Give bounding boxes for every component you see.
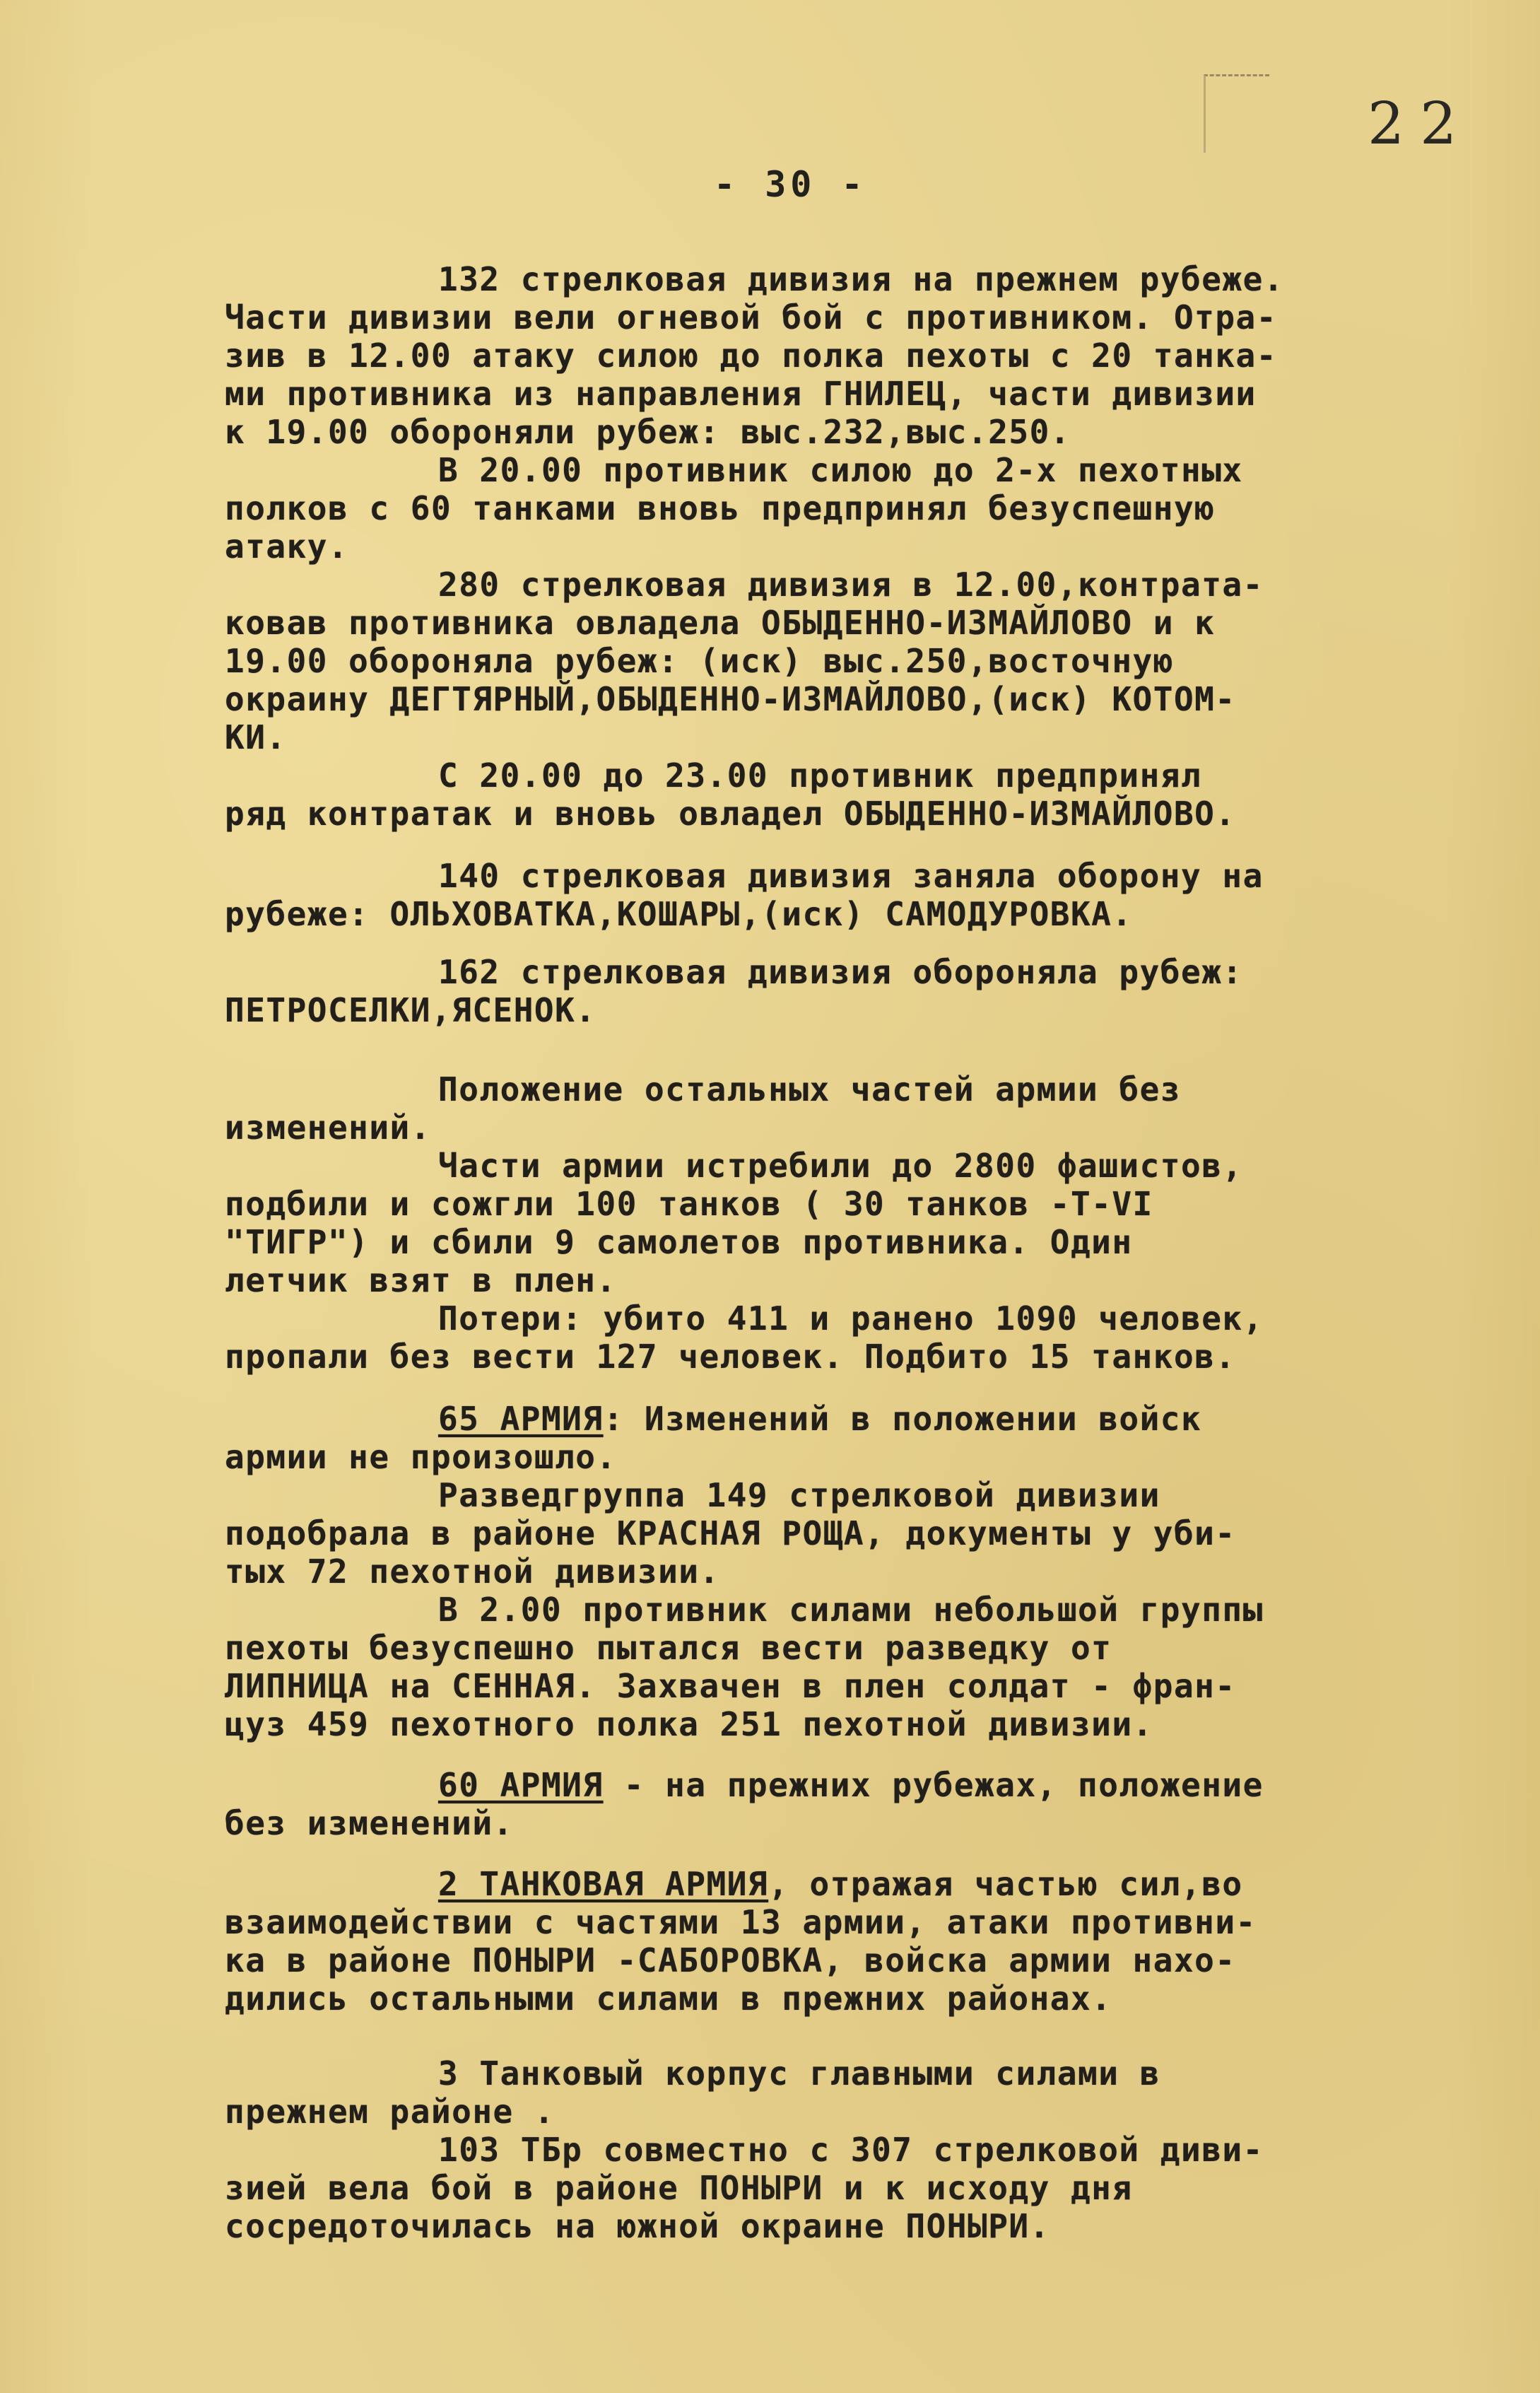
text-line: 3 Танковый корпус главными силами в bbox=[438, 2054, 1160, 2093]
underlined-heading: 65 АРМИЯ bbox=[438, 1400, 604, 1438]
text-line: Положение остальных частей армии без bbox=[438, 1070, 1181, 1108]
text-line: пехоты безуспешно пытался вести разведку… bbox=[225, 1629, 1112, 1667]
text-line: подбили и сожгли 100 танков ( 30 танков … bbox=[225, 1185, 1153, 1223]
text-line: "ТИГР") и сбили 9 самолетов противника. … bbox=[225, 1223, 1133, 1261]
text-line: тых 72 пехотной дивизии. bbox=[225, 1552, 720, 1591]
text-line: ми противника из направления ГНИЛЕЦ, час… bbox=[225, 375, 1257, 413]
text-line: ковав противника овладела ОБЫДЕННО-ИЗМАЙ… bbox=[225, 604, 1215, 642]
text-line: зив в 12.00 атаку силою до полка пехоты … bbox=[225, 337, 1277, 375]
text-line: ПЕТРОСЕЛКИ,ЯСЕНОК. bbox=[225, 991, 596, 1029]
underlined-heading: 60 АРМИЯ bbox=[438, 1766, 604, 1804]
text-line: рубеже: ОЛЬХОВАТКА,КОШАРЫ,(иск) САМОДУРО… bbox=[225, 895, 1133, 933]
text-line: дились остальными силами в прежних район… bbox=[225, 1979, 1112, 2018]
text-line: В 2.00 противник силами небольшой группы bbox=[438, 1591, 1264, 1629]
text-line: окраину ДЕГТЯРНЫЙ,ОБЫДЕННО-ИЗМАЙЛОВО,(ис… bbox=[225, 680, 1236, 718]
text-line: 60 АРМИЯ - на прежних рубежах, положение bbox=[438, 1766, 1264, 1804]
text-line: полков с 60 танками вновь предпринял без… bbox=[225, 489, 1215, 527]
text-line: 103 ТБр совместно с 307 стрелковой диви- bbox=[438, 2131, 1264, 2169]
text-line: атаку. bbox=[225, 527, 348, 566]
page-number: - 30 - bbox=[714, 164, 867, 205]
archive-sheet-number: 22 bbox=[1368, 90, 1472, 158]
text-line: подобрала в районе КРАСНАЯ РОЩА, докумен… bbox=[225, 1514, 1236, 1552]
text-line: ка в районе ПОНЫРИ -САБОРОВКА, войска ар… bbox=[225, 1941, 1236, 1979]
text-line: ряд контратак и вновь овладел ОБЫДЕННО-И… bbox=[225, 795, 1236, 833]
text-line: Разведгруппа 149 стрелковой дивизии bbox=[438, 1476, 1160, 1514]
text-line: пропали без вести 127 человек. Подбито 1… bbox=[225, 1338, 1236, 1376]
text-line: взаимодействии с частями 13 армии, атаки… bbox=[225, 1903, 1257, 1941]
text-line: изменений. bbox=[225, 1108, 431, 1147]
text-line: сосредоточилась на южной окраине ПОНЫРИ. bbox=[225, 2207, 1050, 2245]
text-line: зией вела бой в районе ПОНЫРИ и к исходу… bbox=[225, 2169, 1133, 2207]
text-line: цуз 459 пехотного полка 251 пехотной див… bbox=[225, 1705, 1153, 1743]
text-line: 19.00 обороняла рубеж: (иск) выс.250,вос… bbox=[225, 642, 1174, 680]
text-line: без изменений. bbox=[225, 1804, 514, 1842]
text-line: прежнем районе . bbox=[225, 2093, 555, 2131]
text-line: летчик взят в плен. bbox=[225, 1261, 617, 1299]
text-line: 280 стрелковая дивизия в 12.00,контрата- bbox=[438, 566, 1264, 604]
text-line: к 19.00 обороняли рубеж: выс.232,выс.250… bbox=[225, 413, 1071, 451]
text-line: Потери: убито 411 и ранено 1090 человек, bbox=[438, 1299, 1264, 1338]
text-line: Части дивизии вели огневой бой с противн… bbox=[225, 298, 1277, 337]
text-line: Части армии истребили до 2800 фашистов, bbox=[438, 1147, 1243, 1185]
underlined-heading: 2 ТАНКОВАЯ АРМИЯ bbox=[438, 1865, 768, 1903]
stamp-frame-mark bbox=[1204, 74, 1269, 153]
text-line: 2 ТАНКОВАЯ АРМИЯ, отражая частью сил,во bbox=[438, 1865, 1243, 1903]
text-line: армии не произошло. bbox=[225, 1438, 617, 1476]
text-line: ЛИПНИЦА на СЕННАЯ. Захвачен в плен солда… bbox=[225, 1667, 1236, 1705]
text-line: 65 АРМИЯ: Изменений в положении войск bbox=[438, 1400, 1201, 1438]
text-line: 162 стрелковая дивизия обороняла рубеж: bbox=[438, 953, 1243, 991]
text-line: В 20.00 противник силою до 2-х пехотных bbox=[438, 451, 1243, 489]
text-line: С 20.00 до 23.00 противник предпринял bbox=[438, 756, 1201, 795]
text-line: КИ. bbox=[225, 718, 287, 756]
text-line: 132 стрелковая дивизия на прежнем рубеже… bbox=[438, 260, 1284, 298]
text-line: 140 стрелковая дивизия заняла оборону на bbox=[438, 857, 1264, 895]
